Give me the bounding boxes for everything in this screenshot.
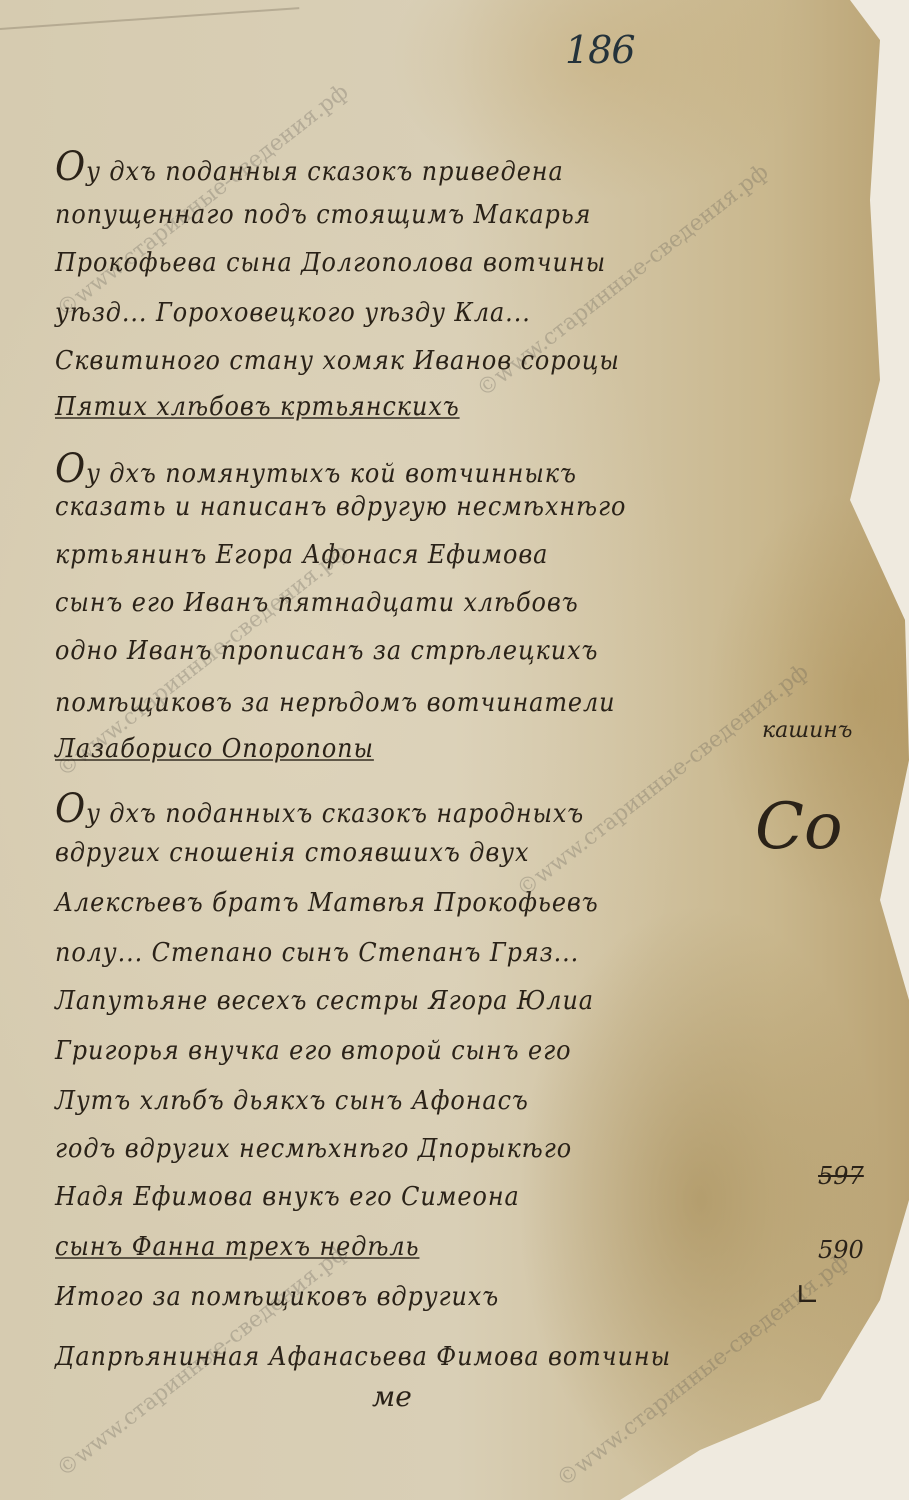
text-line: сынъ Фанна трехъ недѣль: [55, 1232, 419, 1262]
text-line: Лутъ хлѣбъ дьякхъ сынъ Афонасъ: [55, 1086, 529, 1116]
margin-note-middle: Со: [755, 790, 843, 864]
text-line: Лапутьяне весехъ сестры Ягора Юлиа: [55, 986, 594, 1016]
text-line: Прокофьева сына Долгополова вотчины: [55, 248, 606, 278]
text-line: уѣзд... Гороховецкого уѣзду Кла...: [55, 298, 531, 328]
text-line: Итого за помѣщиковъ вдругихъ: [55, 1282, 499, 1312]
text-line: вдругих сношенія стоявшихъ двух: [55, 838, 529, 868]
text-line: Григорья внучка его второй сынъ его: [55, 1036, 571, 1066]
text-line: сказать и написанъ вдругую несмѣхнѣго: [55, 492, 626, 522]
margin-note-struck-number: 597: [818, 1162, 864, 1190]
signature-mark: ме: [372, 1380, 412, 1413]
text-line: Оу дхъ помянутыхъ кой вотчинныкъ: [55, 446, 577, 492]
text-line: Дапрѣянинная Афанасьева Фимова вотчины: [55, 1342, 671, 1372]
text-line: Алексѣевъ братъ Матвѣя Прокофьевъ: [55, 888, 599, 918]
text-line: Оу дхъ поданныхъ сказокъ народныхъ: [55, 786, 584, 832]
text-line: Сквитиного стану хомяк Иванов сороцы: [55, 346, 620, 376]
text-line: Лазаборисо Опоропопы: [55, 734, 374, 764]
text-line: полу... Степано сынъ Степанъ Гряз...: [55, 938, 579, 968]
folio-number: 186: [565, 28, 635, 72]
text-line: кртьянинъ Егора Афонася Ефимова: [55, 540, 548, 570]
text-line: одно Иванъ прописанъ за стрѣлецкихъ: [55, 636, 598, 666]
text-line: Надя Ефимова внукъ его Симеона: [55, 1182, 520, 1212]
margin-note-number: 590: [818, 1236, 864, 1264]
margin-note-bracket: ∟: [795, 1278, 820, 1313]
text-line: сынъ его Иванъ пятнадцати хлѣбовъ: [55, 588, 579, 618]
text-line: Оу дхъ поданныя сказокъ приведена: [55, 144, 564, 190]
text-line: попущеннаго подъ стоящимъ Макарья: [55, 200, 591, 230]
text-line: годъ вдругих несмѣхнѣго Дпорыкѣго: [55, 1134, 572, 1164]
margin-note-upper: кашинъ: [762, 718, 852, 743]
text-line: помѣщиковъ за нерѣдомъ вотчинатели: [55, 688, 615, 718]
text-line: Пятих хлѣбовъ кртьянскихъ: [55, 392, 460, 422]
